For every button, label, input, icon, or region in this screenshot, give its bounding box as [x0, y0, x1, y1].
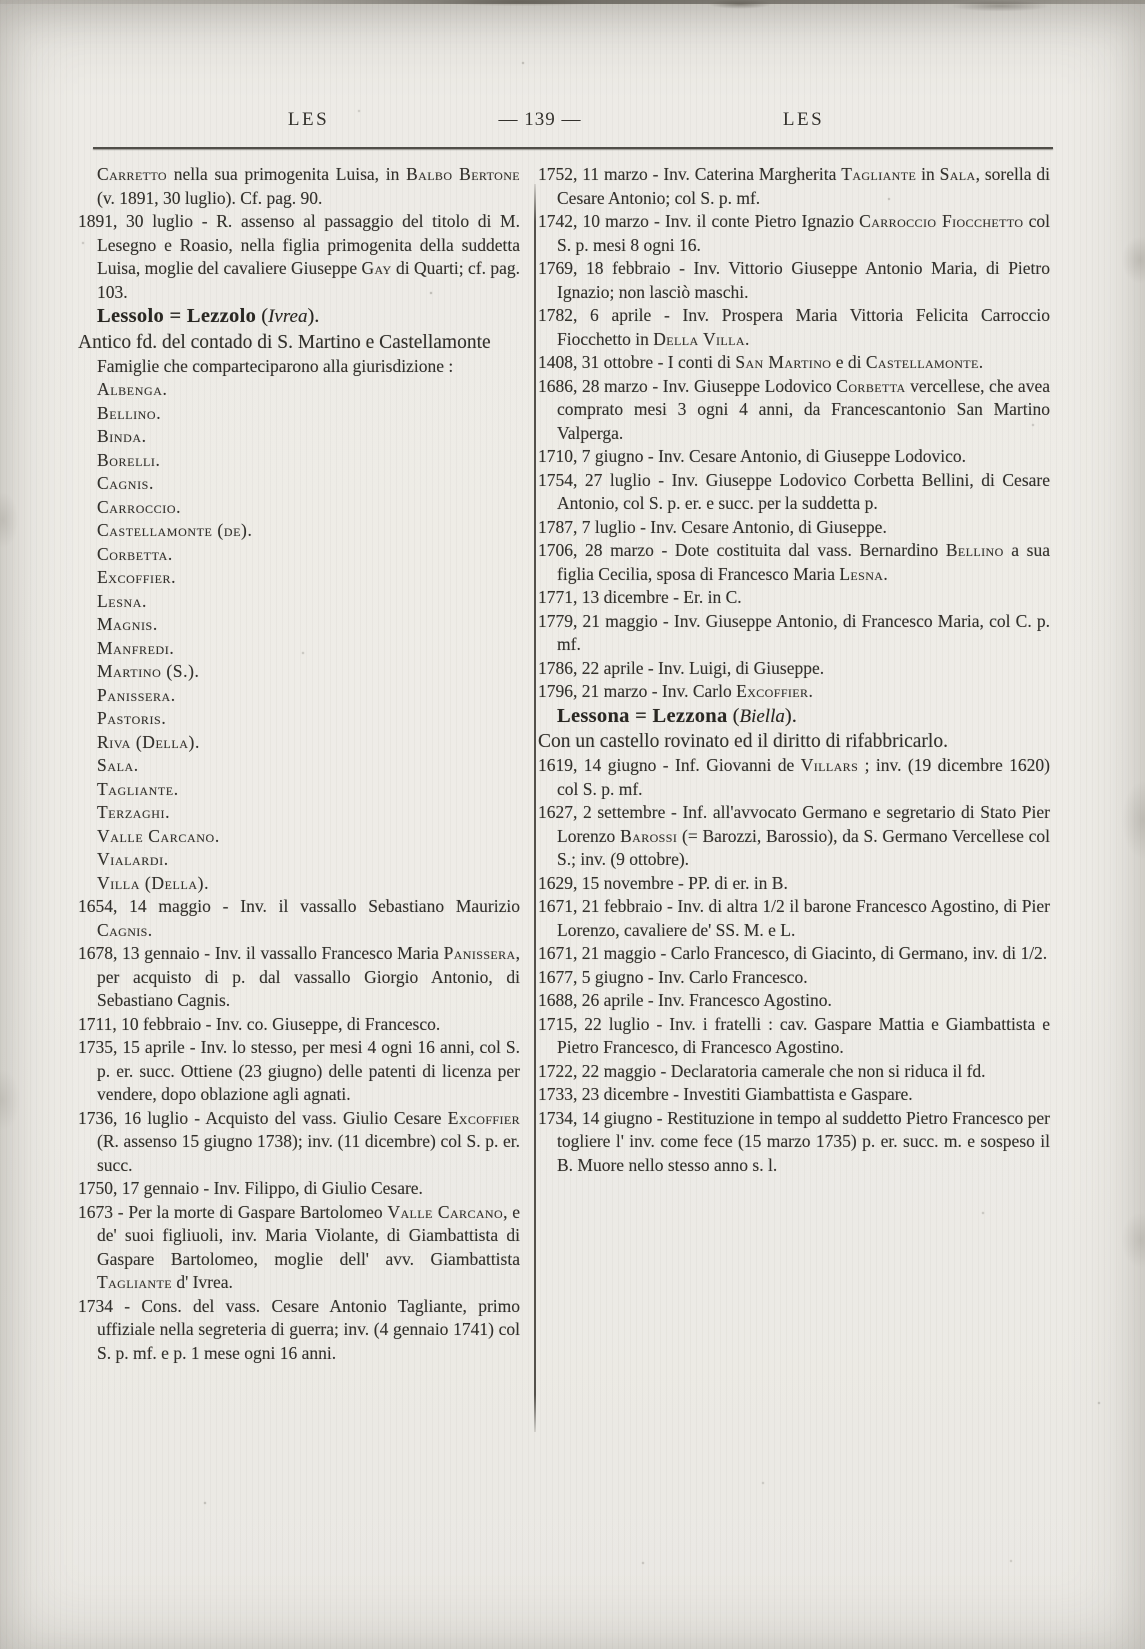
dictionary-entry: 1769, 18 febbraio - Inv. Vittorio Giusep… — [557, 257, 1050, 304]
headword-place: Biella — [739, 706, 784, 727]
family-name: Sala — [940, 164, 976, 184]
dictionary-entry: 1754, 27 luglio - Inv. Giuseppe Lodovico… — [557, 469, 1050, 516]
dictionary-entry: 1750, 17 gennaio - Inv. Filippo, di Giul… — [97, 1177, 520, 1201]
family-name: Tagliante — [97, 1272, 172, 1292]
family-list-item: Corbetta. — [97, 543, 520, 567]
entry-description: Con un castello rovinato ed il diritto d… — [557, 729, 1050, 754]
dictionary-entry: 1671, 21 maggio - Carlo Francesco, di Gi… — [557, 942, 1050, 966]
family-list-item: Manfredi. — [97, 637, 520, 661]
dictionary-entry: 1734 - Cons. del vass. Cesare Antonio Ta… — [97, 1295, 520, 1366]
family-list-item: Castellamonte (de). — [97, 519, 520, 543]
dictionary-entry: 1654, 14 maggio - Inv. il vassallo Sebas… — [97, 895, 520, 942]
family-name: Castellamonte — [866, 352, 979, 372]
family-list-item: Vialardi. — [97, 848, 520, 872]
dictionary-entry: 1736, 16 luglio - Acquisto del vass. Giu… — [97, 1107, 520, 1178]
family-name: Panissera — [444, 943, 516, 963]
family-list-item: Villa (Della). — [97, 872, 520, 896]
family-list-item: Terzaghi. — [97, 801, 520, 825]
dictionary-entry: 1710, 7 giugno - Inv. Cesare Antonio, di… — [557, 445, 1050, 469]
dictionary-entry: 1706, 28 marzo - Dote costituita dal vas… — [557, 539, 1050, 586]
dictionary-entry: 1891, 30 luglio - R. assenso al passaggi… — [97, 210, 520, 304]
family-list-item: Borelli. — [97, 449, 520, 473]
dictionary-entry: 1796, 21 marzo - Inv. Carlo Excoffier. — [557, 680, 1050, 704]
dictionary-entry: 1671, 21 febbraio - Inv. di altra 1/2 il… — [557, 895, 1050, 942]
scan-speckles — [0, 0, 2, 2]
family-name: Lesna — [839, 564, 883, 584]
family-name: Corbetta — [836, 376, 905, 396]
family-name: Gay — [362, 258, 392, 278]
family-name: Bellino — [946, 540, 1004, 560]
family-name: Valle Carcano — [387, 1202, 503, 1222]
dictionary-entry: 1677, 5 giugno - Inv. Carlo Francesco. — [557, 966, 1050, 990]
family-list-item: Lesna. — [97, 590, 520, 614]
dictionary-entry: 1627, 2 settembre - Inf. all'avvocato Ge… — [557, 801, 1050, 872]
headword: Lessona = Lezzona (Biella). — [557, 704, 1050, 730]
family-name: Della Villa — [653, 329, 745, 349]
dictionary-entry: 1715, 22 luglio - Inv. i fratelli : cav.… — [557, 1013, 1050, 1060]
dictionary-entry: 1734, 14 giugno - Restituzione in tempo … — [557, 1107, 1050, 1178]
family-list-item: Martino (S.). — [97, 660, 520, 684]
scanned-page: LES — 139 — LES Carretto nella sua primo… — [0, 0, 1145, 1649]
family-name: Balbo — [406, 164, 452, 184]
family-list-item: Binda. — [97, 425, 520, 449]
header-keyword-right: LES — [557, 109, 1050, 131]
family-name: Cagnis — [97, 920, 148, 940]
headword-name: Lessona = Lezzona — [557, 705, 728, 727]
column-divider — [534, 184, 536, 1432]
family-list-item: Carroccio. — [97, 496, 520, 520]
family-name: Bertone — [459, 164, 520, 184]
running-header: LES — 139 — LES — [97, 109, 1053, 135]
family-list-item: Panissera. — [97, 684, 520, 708]
dictionary-entry: 1678, 13 gennaio - Inv. il vassallo Fran… — [97, 942, 520, 1013]
dictionary-entry: 1787, 7 luglio - Inv. Cesare Antonio, di… — [557, 516, 1050, 540]
dictionary-entry: 1733, 23 dicembre - Investiti Giambattis… — [557, 1083, 1050, 1107]
header-rule — [93, 147, 1053, 149]
dictionary-entry: 1619, 14 giugno - Inf. Giovanni de Villa… — [557, 754, 1050, 801]
family-list-item: Sala. — [97, 754, 520, 778]
family-name: Carroccio Fiocchetto — [859, 211, 1023, 231]
family-list-item: Albenga. — [97, 378, 520, 402]
entry-continuation: Carretto nella sua primogenita Luisa, in… — [97, 163, 520, 210]
family-list-item: Bellino. — [97, 402, 520, 426]
header-keyword-left: LES — [97, 109, 520, 131]
family-list-item: Cagnis. — [97, 472, 520, 496]
family-name: Tagliante — [841, 164, 916, 184]
family-list-item: Pastoris. — [97, 707, 520, 731]
family-list-item: Valle Carcano. — [97, 825, 520, 849]
right-column: 1752, 11 marzo - Inv. Caterina Margherit… — [557, 163, 1050, 1177]
dictionary-entry: 1673 - Per la morte di Gaspare Bartolome… — [97, 1201, 520, 1295]
dictionary-entry: 1711, 10 febbraio - Inv. co. Giuseppe, d… — [97, 1013, 520, 1037]
dictionary-entry: 1752, 11 marzo - Inv. Caterina Margherit… — [557, 163, 1050, 210]
dictionary-entry: 1408, 31 ottobre - I conti di San Martin… — [557, 351, 1050, 375]
dictionary-entry: 1688, 26 aprile - Inv. Francesco Agostin… — [557, 989, 1050, 1013]
family-name: Excoffier — [736, 681, 808, 701]
family-name: Excoffier — [448, 1108, 520, 1128]
family-name: Villars — [801, 755, 858, 775]
dictionary-entry: 1735, 15 aprile - Inv. lo stesso, per me… — [97, 1036, 520, 1107]
dictionary-entry: 1686, 28 marzo - Inv. Giuseppe Lodovico … — [557, 375, 1050, 446]
entry-description: Antico fd. del contado di S. Martino e C… — [97, 330, 520, 355]
dictionary-entry: 1629, 15 novembre - PP. di er. in B. — [557, 872, 1050, 896]
family-name: Barossi — [620, 826, 677, 846]
dictionary-entry: 1771, 13 dicembre - Er. in C. — [557, 586, 1050, 610]
families-intro: Famiglie che comparteciparono alla giuri… — [97, 355, 520, 379]
family-name: Carretto — [97, 164, 167, 184]
family-list-item: Riva (Della). — [97, 731, 520, 755]
dictionary-entry: 1722, 22 maggio - Declaratoria camerale … — [557, 1060, 1050, 1084]
dictionary-entry: 1742, 10 marzo - Inv. il conte Pietro Ig… — [557, 210, 1050, 257]
family-list-item: Excoffier. — [97, 566, 520, 590]
dictionary-entry: 1779, 21 maggio - Inv. Giuseppe Antonio,… — [557, 610, 1050, 657]
headword-place: Ivrea — [268, 306, 307, 327]
headword-name: Lessolo = Lezzolo — [97, 305, 256, 327]
family-list-item: Tagliante. — [97, 778, 520, 802]
left-column: Carretto nella sua primogenita Luisa, in… — [97, 163, 520, 1365]
family-list-item: Magnis. — [97, 613, 520, 637]
dictionary-entry: 1786, 22 aprile - Inv. Luigi, di Giusepp… — [557, 657, 1050, 681]
dictionary-entry: 1782, 6 aprile - Inv. Prospera Maria Vit… — [557, 304, 1050, 351]
family-name: San Martino — [735, 352, 831, 372]
scan-top-edge-artifact — [0, 0, 1145, 4]
headword: Lessolo = Lezzolo (Ivrea). — [97, 304, 520, 330]
